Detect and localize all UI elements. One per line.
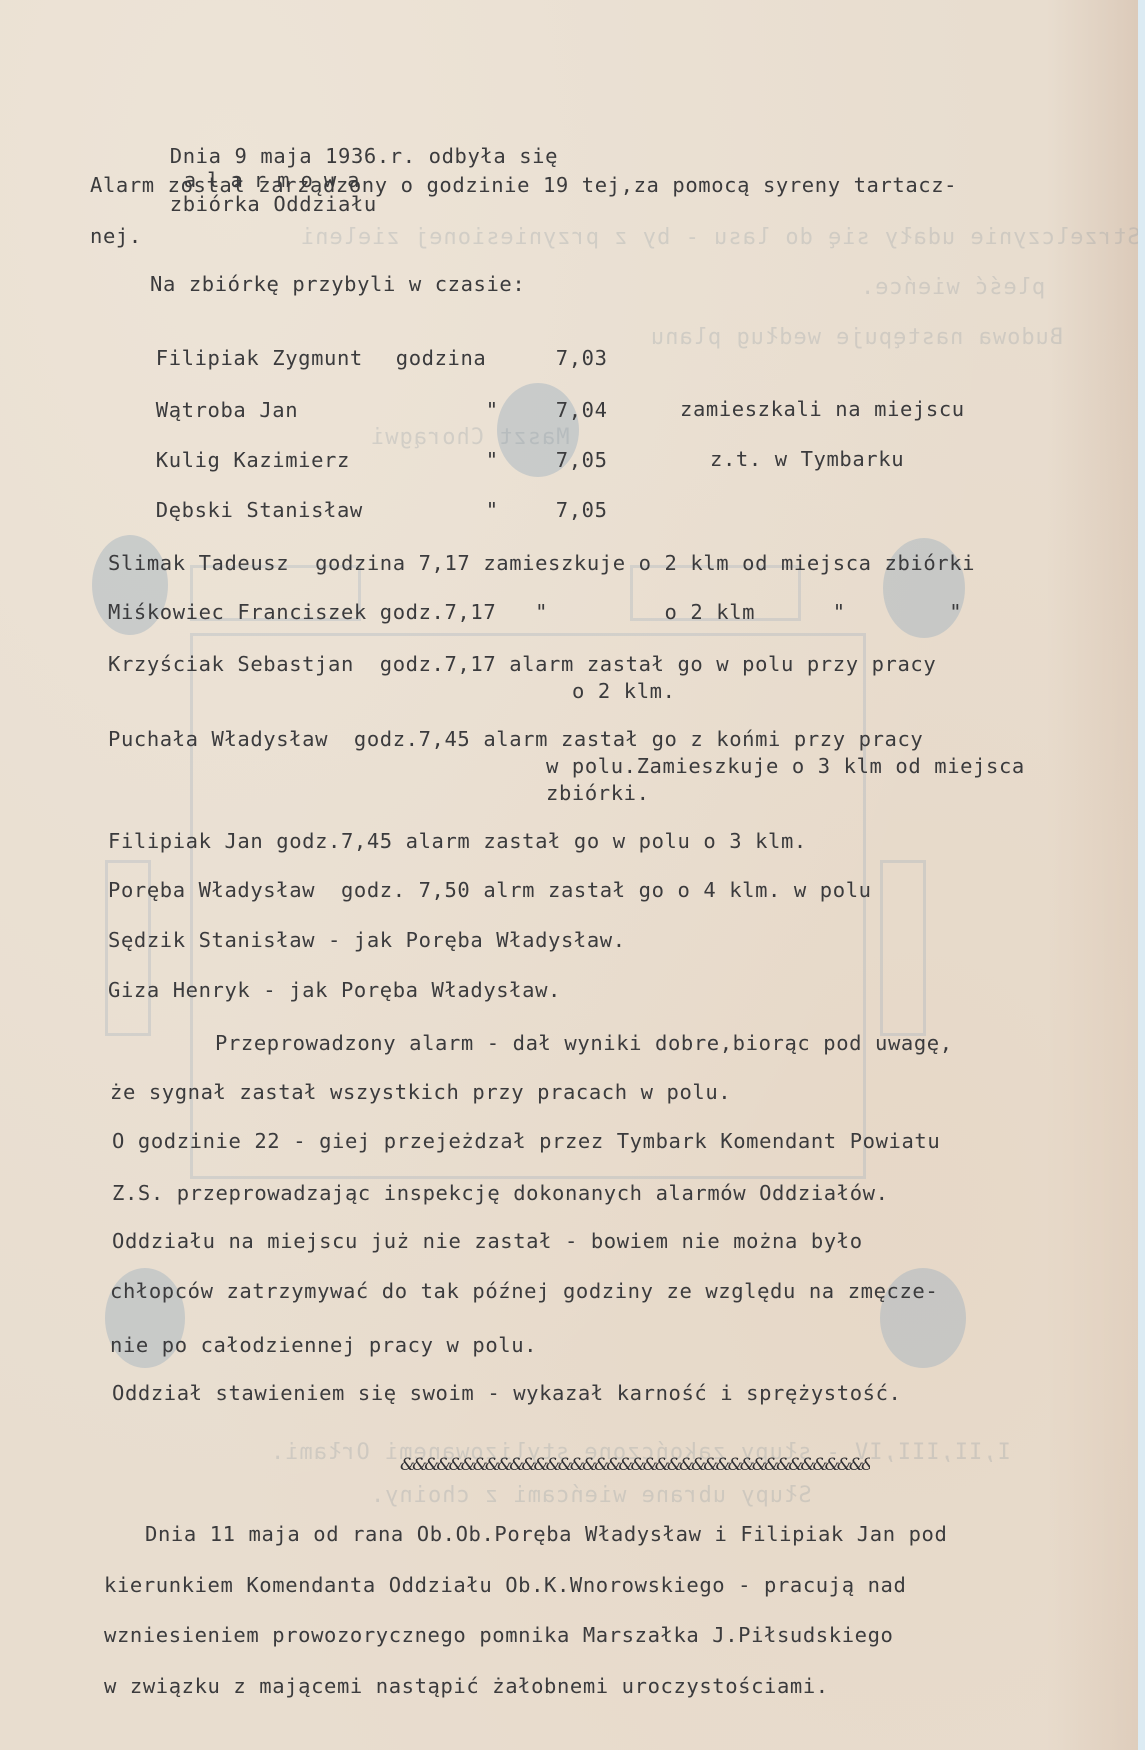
arrival-row-remote: Puchała Władysław godz.7,45 alarm zastał…: [108, 727, 923, 751]
summary-line: Z.S. przeprowadzając inspekcję dokonanyc…: [112, 1181, 889, 1205]
paragraph-2-line: Dnia 11 maja od rana Ob.Ob.Poręba Władys…: [145, 1522, 947, 1546]
paragraph-2-line: kierunkiem Komendanta Oddziału Ob.K.Wnor…: [104, 1573, 906, 1597]
arrival-time: 7,04: [556, 398, 608, 422]
paragraph-1-line-2: Alarm został zarządzony o godzinie 19 te…: [90, 173, 957, 197]
typed-document-page: Strzelczynie udały się do lasu - by z pr…: [0, 0, 1138, 1750]
arrival-name: Kulig Kazimierz: [156, 448, 486, 472]
arrival-unit: ": [486, 398, 556, 422]
summary-line: nie po całodziennej pracy w polu.: [110, 1333, 537, 1357]
arrival-row-continuation: o 2 klm.: [572, 679, 676, 703]
summary-line: O godzinie 22 - giej przejeżdzał przez T…: [112, 1129, 940, 1153]
scan-edge: [1138, 0, 1145, 1750]
arrival-time: 7,05: [556, 448, 608, 472]
bleed-through-text: pleść wieńce.: [860, 275, 1045, 300]
arrival-row-remote: Poręba Władysław godz. 7,50 alrm zastał …: [108, 878, 872, 902]
arrival-unit: ": [486, 448, 556, 472]
local-note-line-2: z.t. w Tymbarku: [710, 447, 904, 471]
arrival-row-remote: Giza Henryk - jak Poręba Władysław.: [108, 978, 561, 1002]
bleed-through-text: Słupy ubrane wieńcami z choiny.: [370, 1483, 812, 1508]
arrival-row-remote: Miśkowiec Franciszek godz.7,17 " o 2 klm…: [108, 600, 962, 624]
arrival-name: Wątroba Jan: [156, 398, 486, 422]
bleed-through-frame: [880, 860, 926, 1036]
summary-line: Oddział stawieniem się swoim - wykazał k…: [112, 1381, 901, 1405]
paragraph-2-line: w związku z mającemi nastąpić żałobnemi …: [104, 1674, 829, 1698]
arrival-row: Dębski Stanisław"7,05: [104, 474, 608, 546]
arrival-row-remote: Krzyściak Sebastjan godz.7,17 alarm zast…: [108, 652, 936, 676]
arrival-row-remote: Sędzik Stanisław - jak Poręba Władysław.: [108, 928, 626, 952]
arrival-row-continuation: w polu.Zamieszkuje o 3 klm od miejsca: [546, 754, 1025, 778]
arrival-time: 7,03: [556, 346, 608, 370]
arrival-unit: godzina: [396, 346, 556, 370]
date-heading: Dnia 9 maja 1936.r. odbyła się: [170, 144, 558, 168]
bleed-through-text: Budowa następuje według planu: [650, 325, 1063, 350]
summary-line: chłopców zatrzymywać do tak późnej godzi…: [110, 1279, 938, 1303]
local-note-line-1: zamieszkali na miejscu: [680, 397, 965, 421]
arrival-name: Filipiak Zygmunt: [156, 346, 396, 370]
arrival-time: 7,05: [556, 498, 608, 522]
arrival-unit: ": [486, 498, 556, 522]
arrival-name: Dębski Stanisław: [156, 498, 486, 522]
arrival-row-remote: Filipiak Jan godz.7,45 alarm zastał go w…: [108, 829, 807, 853]
ornamental-divider: &&&&&&&&&&&&&&&&&&&&&&&&&&&&&&&&&&&&&&&&…: [400, 1455, 870, 1475]
summary-line: Oddziału na miejscu już nie zastał - bow…: [112, 1229, 863, 1253]
paragraph-1-line-3: nej.: [90, 224, 142, 248]
arrival-row-remote: Slimak Tadeusz godzina 7,17 zamieszkuje …: [108, 551, 975, 575]
arrivals-intro: Na zbiórkę przybyli w czasie:: [150, 272, 525, 296]
summary-line: Przeprowadzony alarm - dał wyniki dobre,…: [215, 1031, 953, 1055]
paragraph-2-line: wzniesieniem prowozorycznego pomnika Mar…: [104, 1623, 893, 1647]
summary-line: że sygnał zastał wszystkich przy pracach…: [110, 1080, 731, 1104]
arrival-row-continuation: zbiórki.: [546, 781, 650, 805]
